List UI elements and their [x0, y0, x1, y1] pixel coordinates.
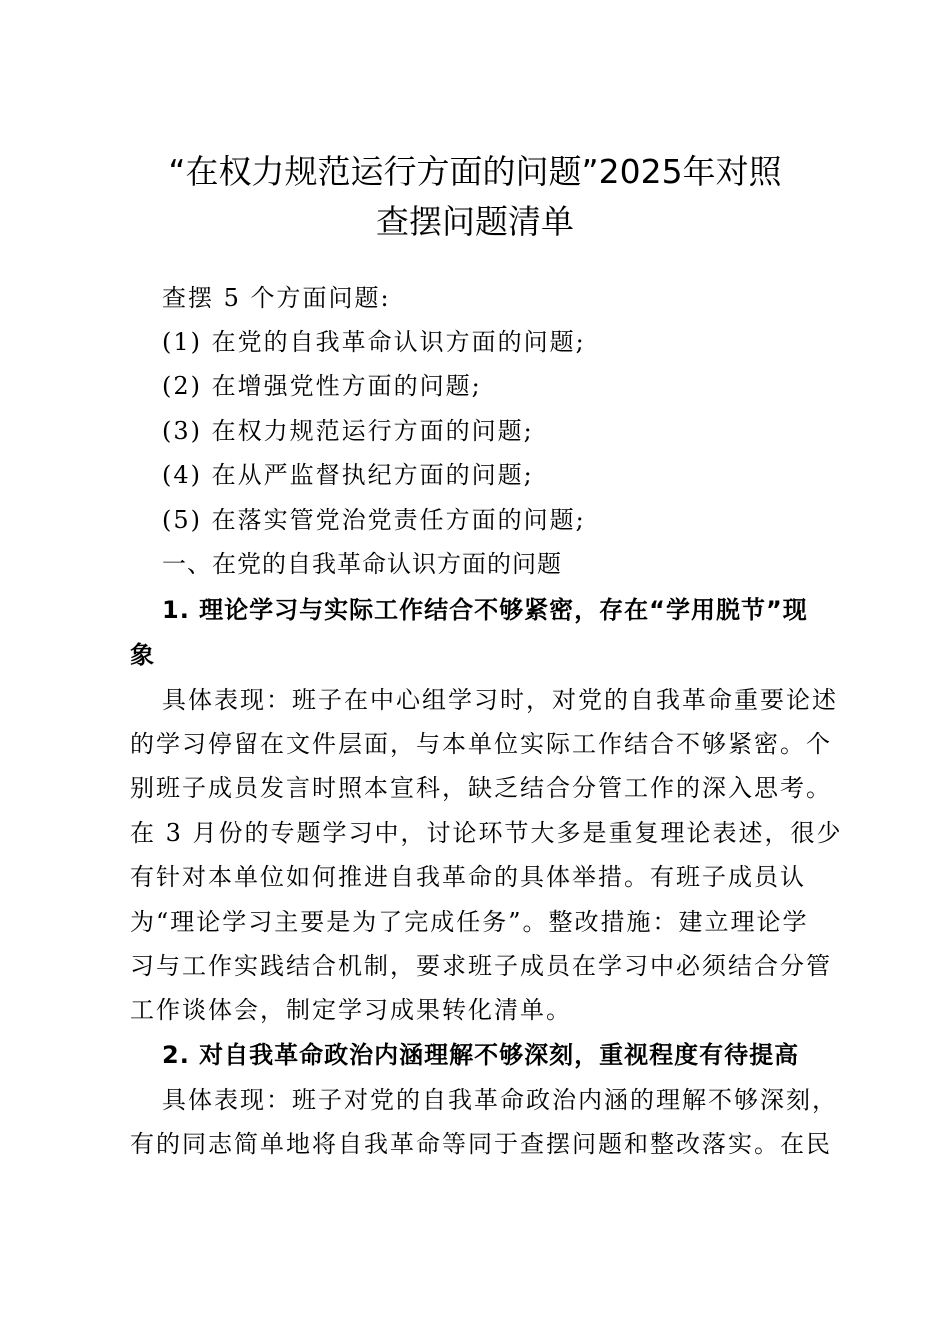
item-1-body-line: 具体表现：班子在中心组学习时，对党的自我革命重要论述 [162, 685, 862, 715]
section-heading-1: 一、在党的自我革命认识方面的问题 [162, 549, 862, 579]
aspect-item-4: (4) 在从严监督执纪方面的问题; [162, 460, 862, 490]
aspect-item-1: (1) 在党的自我革命认识方面的问题; [162, 327, 862, 357]
document-title-line-1: “在权力规范运行方面的问题”2025年对照 [120, 150, 830, 194]
item-2-body-line: 具体表现：班子对党的自我革命政治内涵的理解不够深刻， [162, 1085, 862, 1115]
item-1-heading-line-1: 1. 理论学习与实际工作结合不够紧密，存在“学用脱节”现 [162, 595, 862, 625]
item-1-body-line: 别班子成员发言时照本宣科，缺乏结合分管工作的深入思考。 [130, 773, 830, 803]
item-1-body-line: 有针对本单位如何推进自我革命的具体举措。有班子成员认 [130, 862, 830, 892]
item-1-body-line: 习与工作实践结合机制，要求班子成员在学习中必须结合分管 [130, 951, 830, 981]
item-1-body-line: 在 3 月份的专题学习中，讨论环节大多是重复理论表述，很少 [130, 818, 830, 848]
intro-text: 查摆 5 个方面问题: [162, 283, 862, 313]
document-page: “在权力规范运行方面的问题”2025年对照 查摆问题清单 查摆 5 个方面问题:… [0, 0, 950, 1344]
item-1-body-line: 为“理论学习主要是为了完成任务”。整改措施：建立理论学 [130, 907, 830, 937]
item-2-body-line: 有的同志简单地将自我革命等同于查摆问题和整改落实。在民 [130, 1129, 830, 1159]
aspect-item-5: (5) 在落实管党治党责任方面的问题; [162, 505, 862, 535]
item-2-heading: 2. 对自我革命政治内涵理解不够深刻，重视程度有待提高 [162, 1040, 862, 1070]
item-1-body-line: 工作谈体会，制定学习成果转化清单。 [130, 995, 830, 1025]
document-title-line-2: 查摆问题清单 [120, 200, 830, 244]
aspect-item-3: (3) 在权力规范运行方面的问题; [162, 416, 862, 446]
aspect-item-2: (2) 在增强党性方面的问题; [162, 371, 862, 401]
item-1-heading-line-2: 象 [130, 640, 830, 670]
item-1-body-line: 的学习停留在文件层面，与本单位实际工作结合不够紧密。个 [130, 729, 830, 759]
